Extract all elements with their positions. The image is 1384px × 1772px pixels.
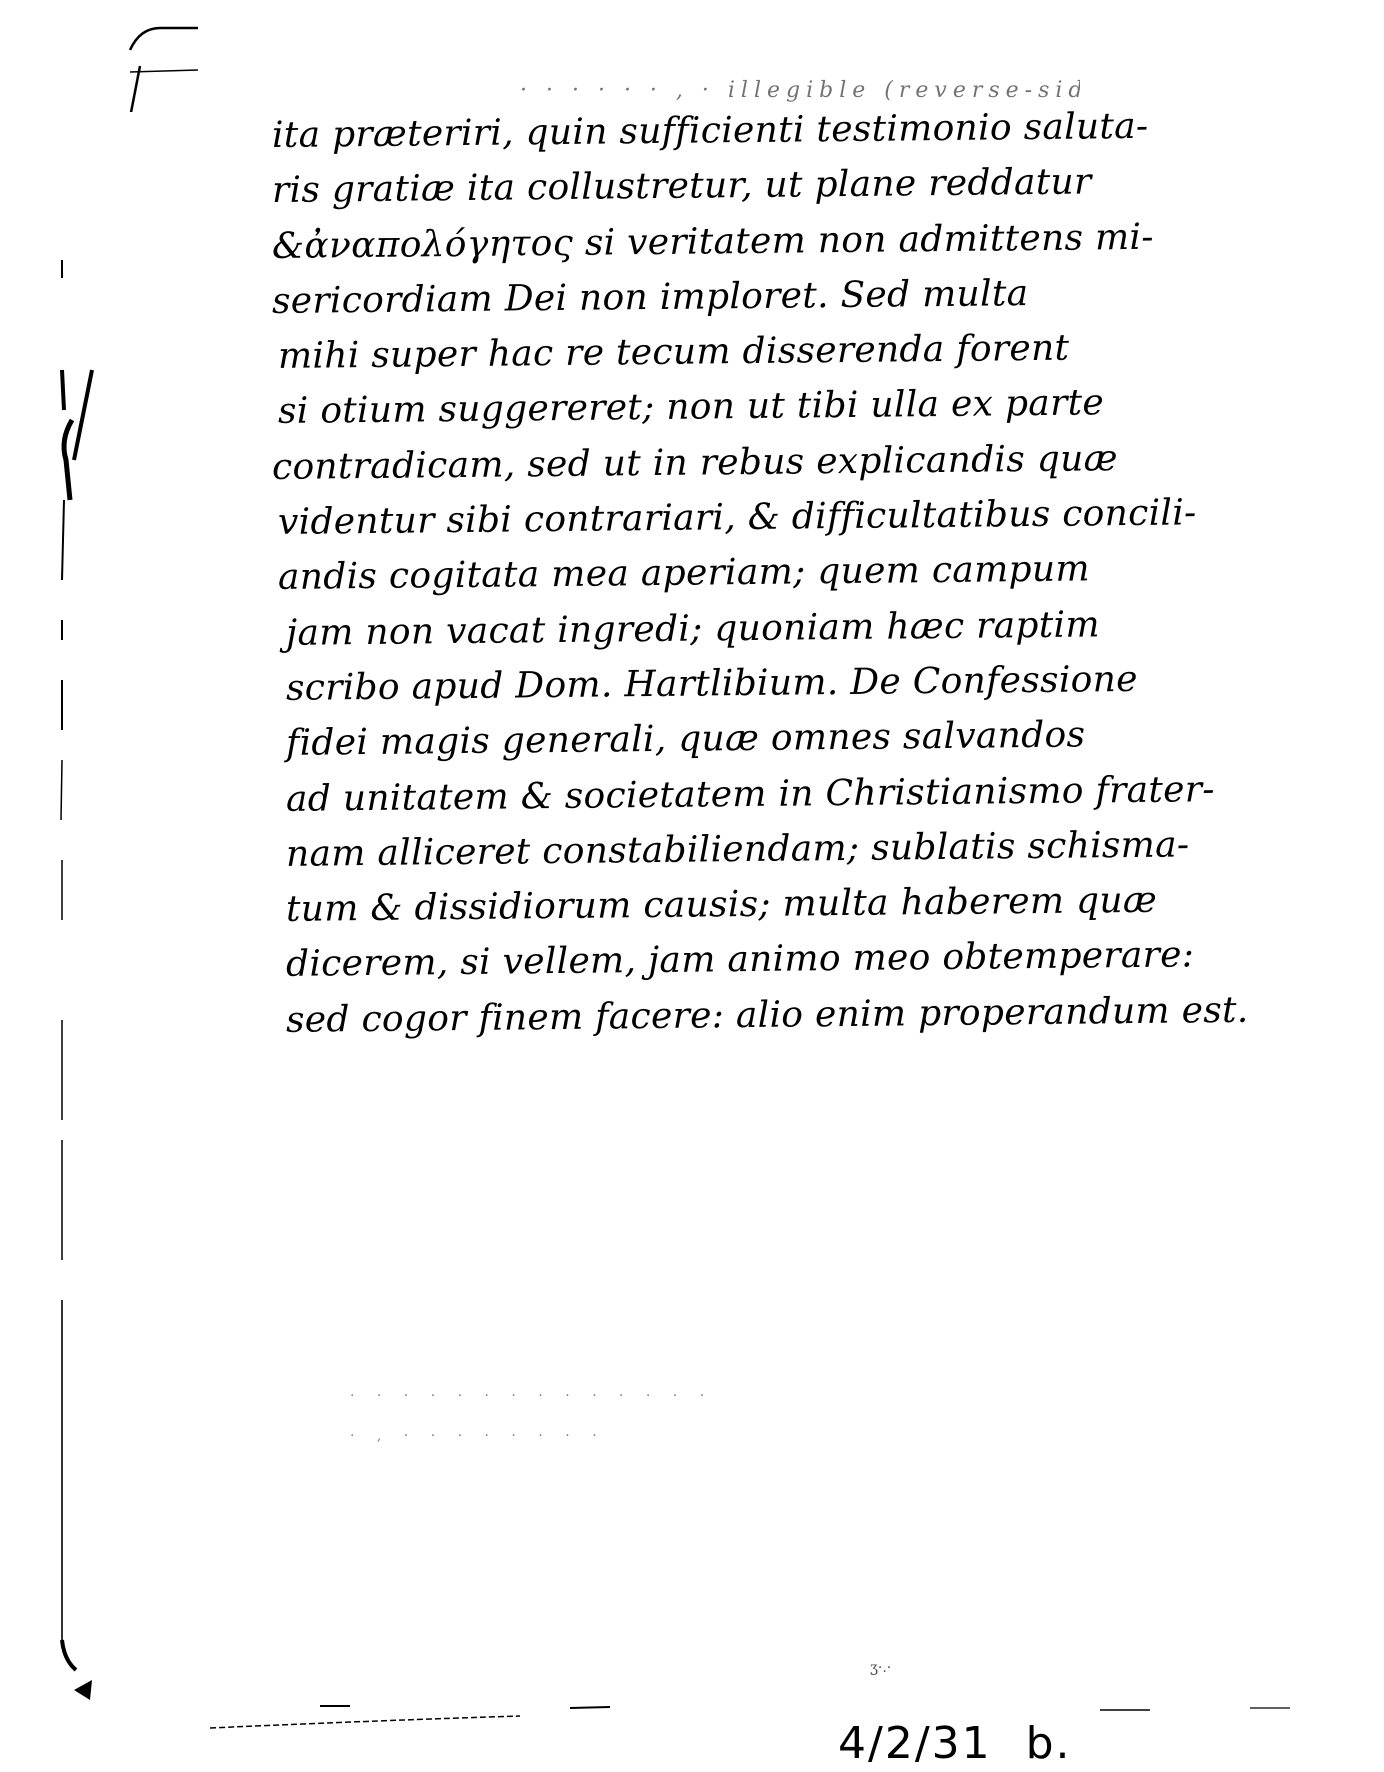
catalog-reference: 4/2/31b. xyxy=(838,1718,1072,1769)
bleed-through-lower-2: · , · · · · · · · · xyxy=(350,1428,1250,1448)
folio-side: b. xyxy=(1026,1718,1072,1769)
manuscript-body: ita præteriri, quin sufficienti testimon… xyxy=(272,108,1312,1048)
manuscript-page: · · · · · · , · illegible (reverse-side … xyxy=(0,0,1384,1772)
page-bottom-edge-icon xyxy=(140,1690,1340,1730)
bottom-small-mark: ʒ·.· xyxy=(870,1660,891,1676)
page-corner-mark-icon xyxy=(100,22,210,112)
manuscript-line-17: sed cogor finem facere: alio enim proper… xyxy=(272,982,1313,1048)
manuscript-line-12: fidei magis generali, quæ omnes salvando… xyxy=(272,705,1313,771)
bleed-through-lower-1: · · · · · · · · · · · · · · xyxy=(350,1388,1250,1408)
binding-edge-icon xyxy=(52,260,112,1720)
manuscript-line-2: ris gratiæ ita collustretur, ut plane re… xyxy=(272,152,1313,218)
shelfmark: 4/2/31 xyxy=(838,1718,992,1769)
